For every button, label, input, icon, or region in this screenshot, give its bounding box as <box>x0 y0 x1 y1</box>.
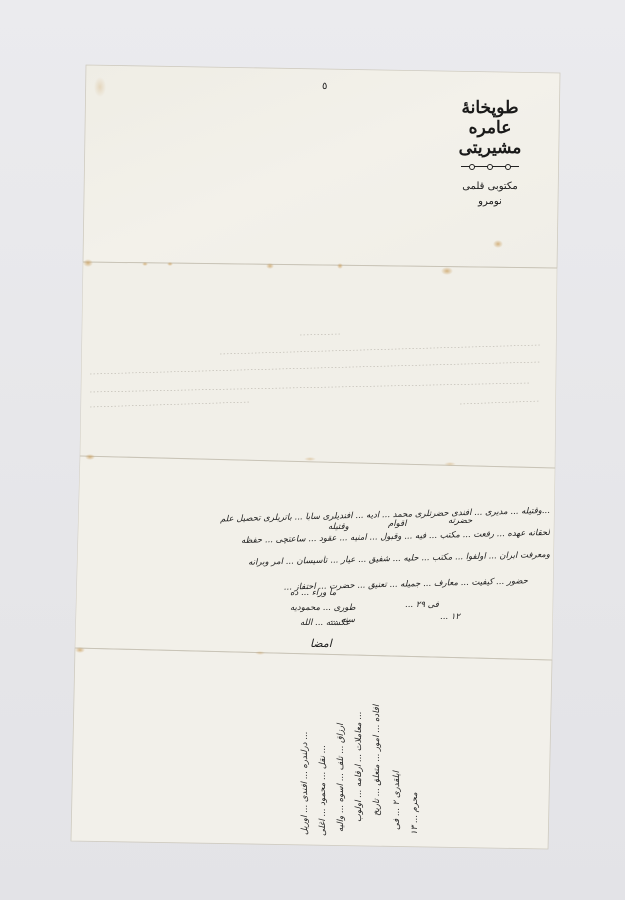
date-line: ۱۲ ... <box>440 612 460 622</box>
margin-note-column: افاده ... امور ... متعلق ... تاریخ <box>372 676 382 816</box>
ornament-divider-icon <box>461 164 519 169</box>
margin-note-column: معاملات ... ارقامه ... اولوب ... <box>354 672 364 822</box>
letterhead-subtitle: مکتوبی قلمی <box>440 181 540 192</box>
margin-note-column: ایلقدری ۲ ... فی <box>392 730 402 830</box>
letterhead: طوپخانۀ عامره مشیریتی مکتوبی قلمی نومرو <box>440 98 540 198</box>
body-heading-word: وقتیله <box>328 522 349 532</box>
date-line: فی ۲۹ ... <box>405 600 439 610</box>
seal-mark: امضا <box>310 637 332 650</box>
margin-note-column: درلندره ... افندی ... اوریل ... <box>300 680 310 835</box>
signature-line: طوری ... محمودیه <box>290 603 355 613</box>
page-number: ٥ <box>322 81 327 92</box>
body-heading-word: اقوام <box>388 519 406 529</box>
margin-note-column: نقل ... محمود ... اغلی ... <box>318 676 328 836</box>
letterhead-title: طوپخانۀ عامره مشیریتی <box>440 98 540 158</box>
signature-line: ما وراء ... ده <box>290 588 336 598</box>
date-line: سنه ... <box>330 615 355 625</box>
letterhead-number-label: نومرو <box>440 196 540 207</box>
margin-note-column: محرم ... ۱۳ <box>410 790 420 835</box>
margin-note-column: ارزاق ... تلف ... اسوه ... والیه <box>336 672 346 832</box>
